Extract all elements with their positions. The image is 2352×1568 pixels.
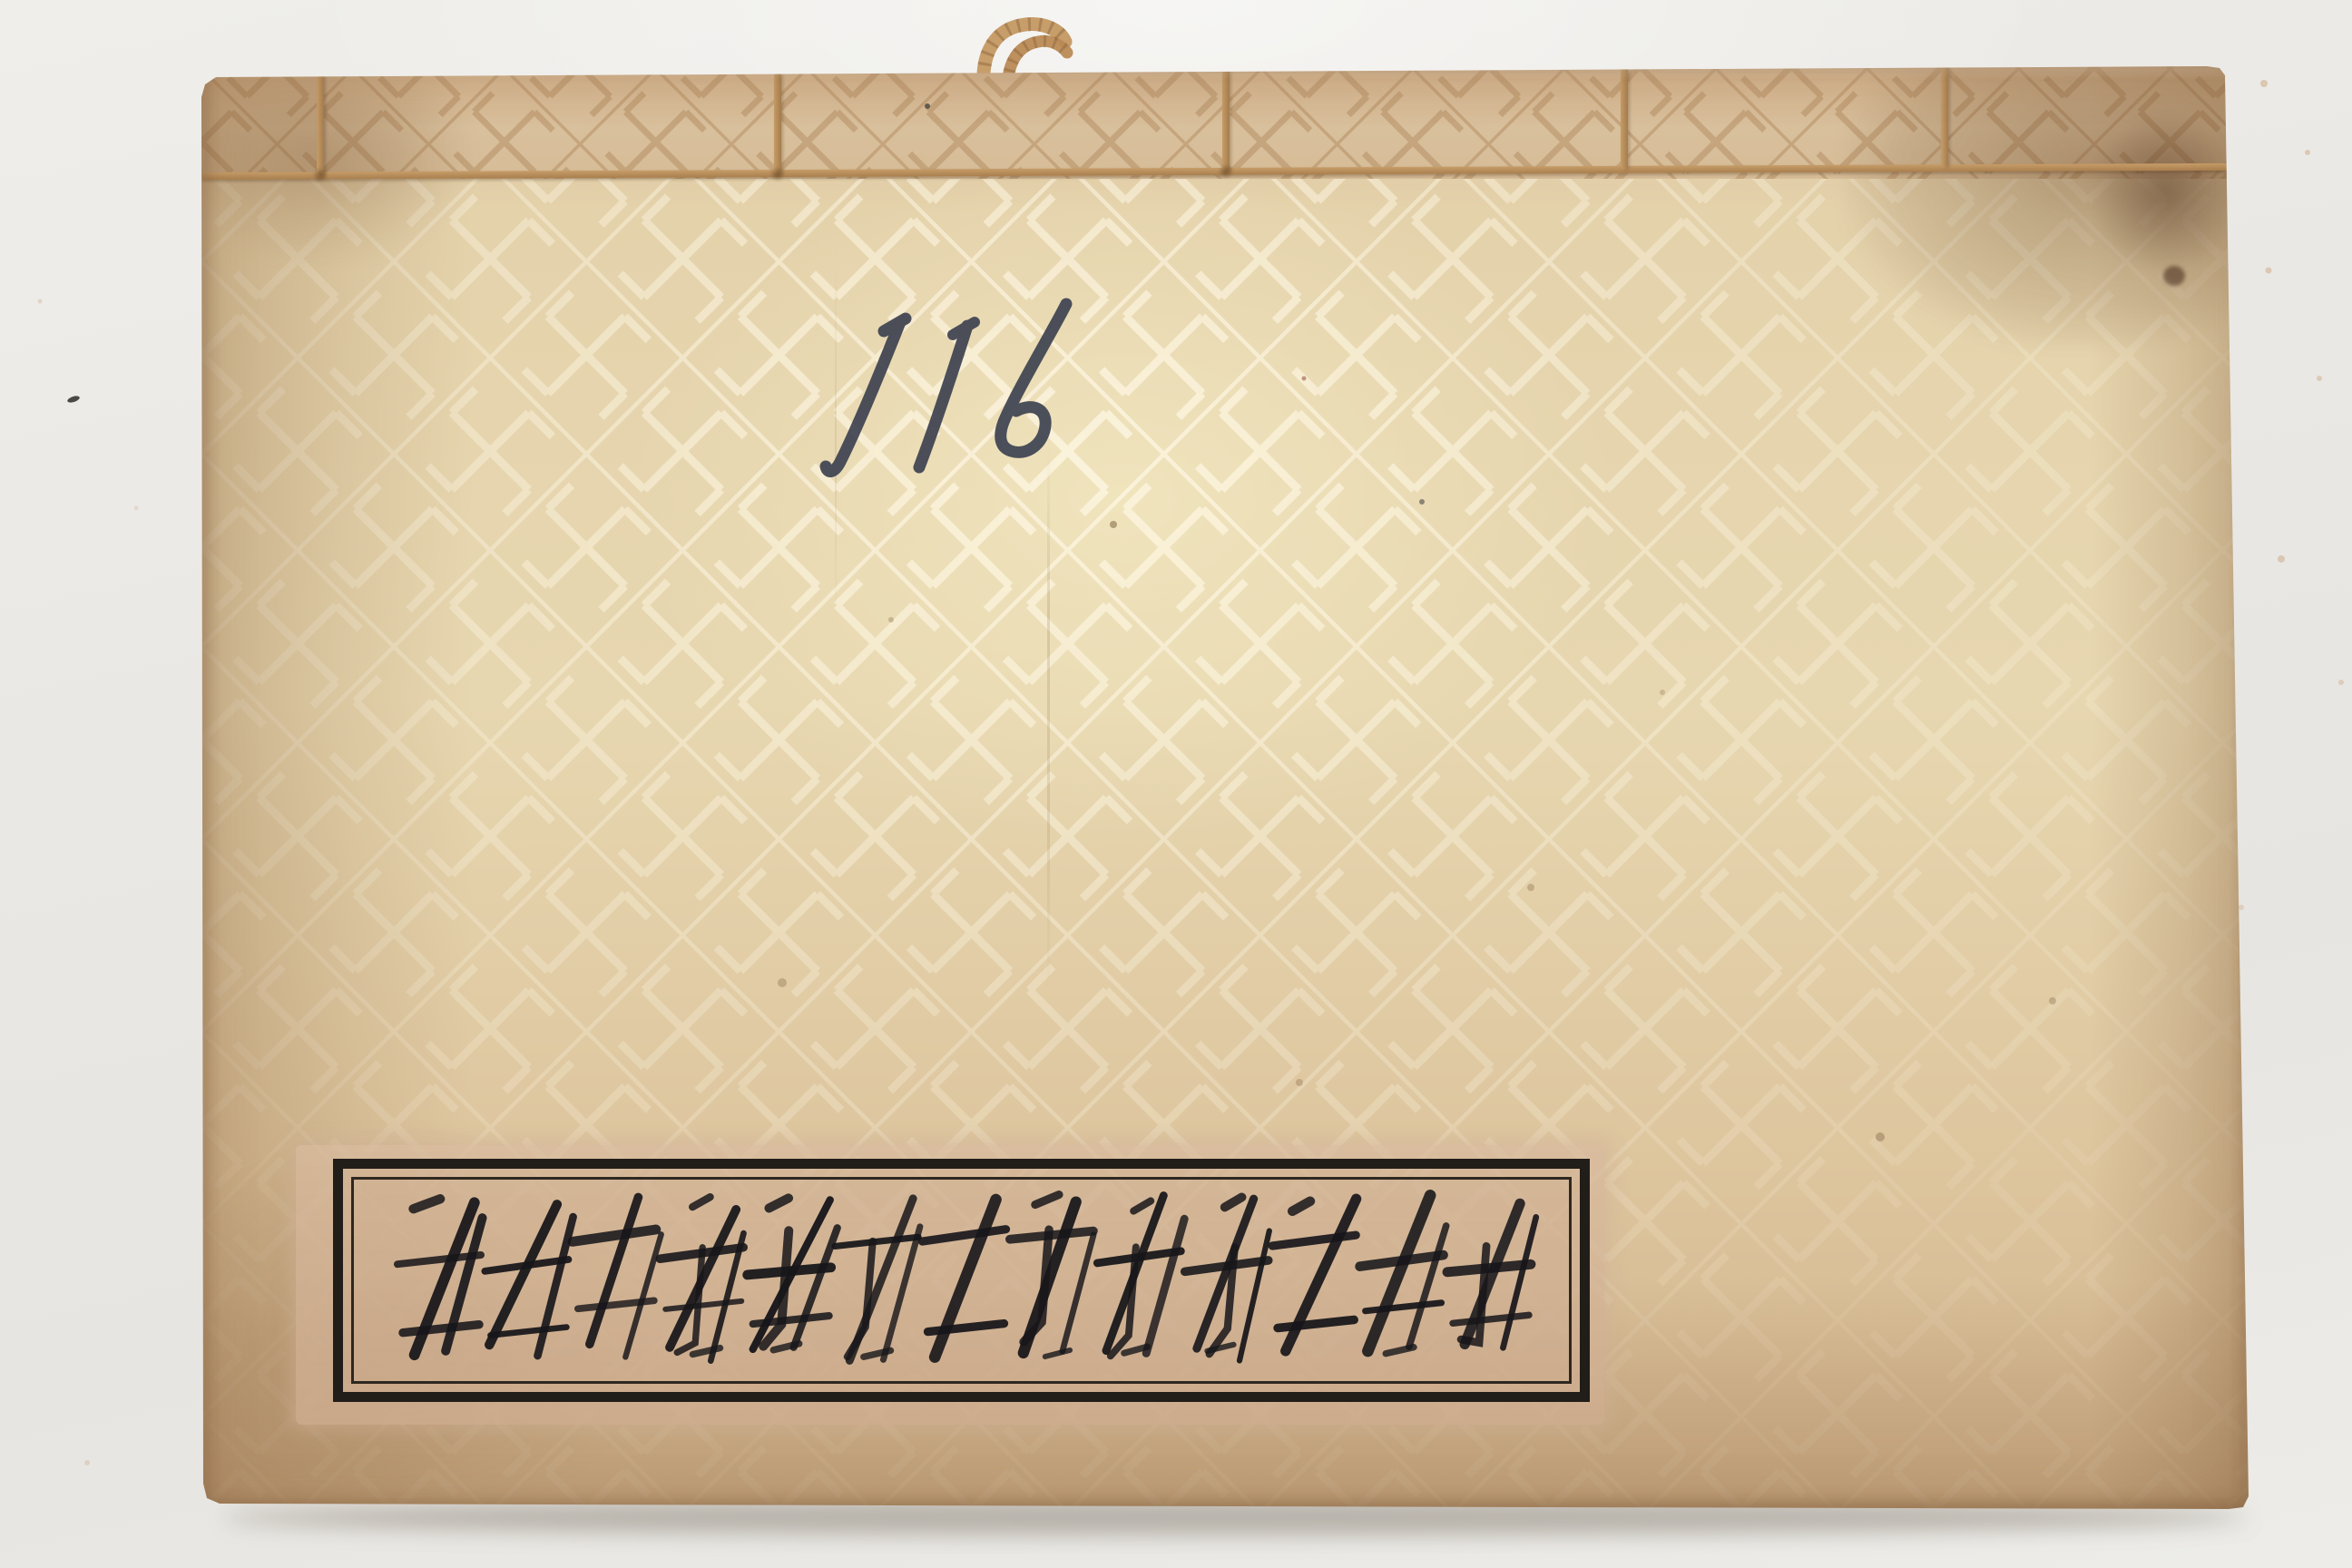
calligraphy-stroke: [1240, 1231, 1269, 1361]
stitch-knot-3: [1218, 164, 1234, 179]
calligraphy-stroke: [794, 1228, 838, 1347]
calligraphy-stroke: [1133, 1201, 1151, 1211]
title-label-calligraphy: [368, 1186, 1554, 1375]
calligraphy-stroke: [835, 1237, 918, 1246]
calligraphy-stroke: [1386, 1347, 1414, 1354]
book-cover: 116 啓陽千皷山靑隱喬祥壽辰詩帖: [201, 66, 2249, 1511]
calligraphy-stroke: [1045, 1350, 1070, 1357]
calligraphy-stroke: [403, 1325, 479, 1333]
handwritten-number: [782, 284, 1109, 520]
binding-stitch-1: [317, 74, 324, 177]
binding-stitch-2: [774, 73, 781, 174]
title-label-inner-border: [351, 1177, 1572, 1384]
calligraphy-stroke: [692, 1197, 710, 1207]
calligraphy-stroke: [590, 1197, 639, 1344]
calligraphy-stroke: [883, 1227, 919, 1360]
calligraphy-stroke: [1063, 1235, 1093, 1351]
calligraphy-stroke: [692, 1348, 720, 1355]
calligraphy-stroke: [1272, 1235, 1356, 1246]
calligraphy-stroke: [414, 1199, 441, 1209]
calligraphy-stroke: [928, 1324, 1004, 1332]
calligraphy-stroke: [1035, 1195, 1059, 1205]
calligraphy-stroke: [1292, 1201, 1310, 1211]
calligraphy-stroke: [1185, 1260, 1269, 1271]
calligraphy-stroke: [1366, 1303, 1442, 1311]
calligraphy-stroke: [1447, 1264, 1531, 1272]
backdrop-ink-speck: [66, 395, 80, 404]
binding-stitch-3: [1222, 70, 1230, 171]
calligraphy-stroke: [1225, 1197, 1242, 1207]
calligraphy-stroke: [753, 1316, 829, 1324]
stitch-knot-1: [312, 168, 328, 182]
calligraphy-stroke: [1453, 1315, 1529, 1323]
title-label: 啓陽千皷山靑隱喬祥壽辰詩帖: [296, 1145, 1604, 1425]
stitch-knot-2: [769, 167, 786, 181]
binding-stitch-5: [1941, 66, 1948, 168]
photo-stage: 116 啓陽千皷山靑隱喬祥壽辰詩帖: [0, 0, 2352, 1568]
calligraphy-stroke: [923, 1230, 1006, 1241]
calligraphy-stroke: [573, 1230, 656, 1241]
calligraphy-stroke: [1146, 1219, 1184, 1353]
calligraphy-stroke: [665, 1301, 741, 1309]
title-label-frame: [333, 1159, 1590, 1402]
calligraphy-stroke: [1278, 1319, 1354, 1328]
calligraphy-stroke: [848, 1241, 873, 1357]
binding-stitch-4: [1621, 67, 1628, 170]
calligraphy-stroke: [1367, 1195, 1430, 1351]
calligraphy-stroke: [625, 1234, 661, 1357]
calligraphy-stroke: [769, 1198, 789, 1208]
